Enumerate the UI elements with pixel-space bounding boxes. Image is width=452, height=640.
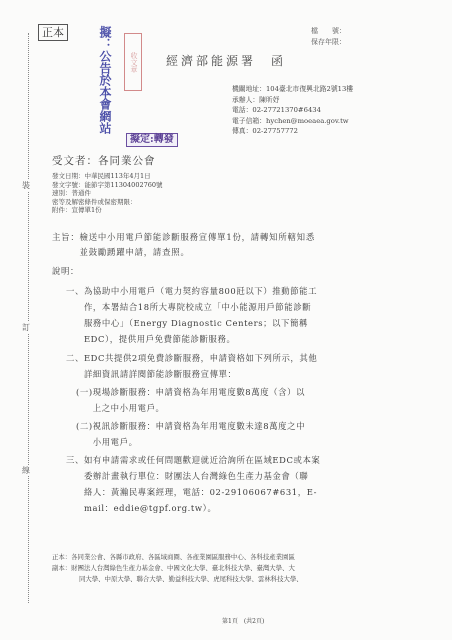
phone: 電話：02-27721370#6434 xyxy=(232,105,353,116)
explanation-item-2: 二、 EDC共提供2項免費診斷服務，申請資格如下列所示，其他 詳細資訊請詳閱節能… xyxy=(66,350,446,382)
delivery-speed: 速別：普通件 xyxy=(52,189,163,198)
sub-item-2-marker: (二) xyxy=(76,418,93,450)
margin-char-line: 線 xyxy=(22,465,30,476)
item-1-line: 為協助中小用電戶（電力契約容量800瓩以下）推動節能工 xyxy=(84,283,317,299)
item-1-line: EDC），提供用戶免費節能診斷服務。 xyxy=(84,331,317,347)
email: 電子信箱：hychen@moeaea.gov.tw xyxy=(232,116,353,127)
item-3-line: 如有申請需求或任何問題歡迎就近洽詢所在區域EDC或本案 xyxy=(84,452,320,468)
fax: 傳真：02-27757772 xyxy=(232,126,353,137)
document-meta: 發文日期：中華民國113年4月1日 發文字號：能節字第11304002760號 … xyxy=(52,172,163,215)
subject-block: 主旨： 檢送中小用電戶節能診斷服務宣傳單1份，請轉知所轄知悉 並鼓勵踴躍申請，請… xyxy=(52,230,432,259)
issue-date: 發文日期：中華民國113年4月1日 xyxy=(52,172,163,181)
sub-item-2-line: 小用電戶。 xyxy=(93,434,305,450)
attachment: 附件：宣傳單1份 xyxy=(52,206,163,215)
copy-recipients-2: 同大學、中原大學、聯合大學、勤益科技大學、虎尾科技大學、雲林科技大學、 xyxy=(52,574,412,585)
sub-item-1: (一) 現場診斷服務：申請資格為年用電度數8萬度（含）以 上之中小用電戶。 xyxy=(76,384,446,416)
distribution-list: 正本：各同業公會、各縣市政府、各區域商圈、各產業園區服務中心、各科技產業園區 副… xyxy=(52,552,412,585)
page-number: 第1頁 (共2頁) xyxy=(222,616,264,625)
item-2-line: 詳細資訊請詳閱節能診斷服務宣傳單： xyxy=(84,366,317,382)
item-1-marker: 一、 xyxy=(66,283,84,347)
sub-item-1-line: 現場診斷服務：申請資格為年用電度數8萬度（含）以 xyxy=(93,384,305,400)
recipient: 受文者：各同業公會 xyxy=(52,153,156,168)
subject-line-2: 並鼓勵踴躍申請，請查照。 xyxy=(80,245,316,260)
original-recipients: 正本：各同業公會、各縣市政府、各區域商圈、各產業園區服務中心、各科技產業園區 xyxy=(52,552,412,563)
original-copy-label: 正本 xyxy=(38,24,68,41)
explanation-item-3: 三、 如有申請需求或任何問題歡迎就近洽詢所在區域EDC或本案 委辦計畫執行單位：… xyxy=(66,452,446,516)
item-2-marker: 二、 xyxy=(66,350,84,382)
sub-item-1-marker: (一) xyxy=(76,384,93,416)
sub-item-2: (二) 視訊診斷服務：申請資格為年用電度數未達8萬度之中 小用電戶。 xyxy=(76,418,446,450)
copy-recipients-1: 副本：財團法人台灣綠色生產力基金會、中國文化大學、臺北科技大學、臺灣大學、大 xyxy=(52,563,412,574)
agency-address: 機關地址：104臺北市復興北路2號13樓 xyxy=(232,84,353,95)
subject-line-1: 檢送中小用電戶節能診斷服務宣傳單1份，請轉知所轄知悉 xyxy=(80,230,316,245)
margin-char-bind: 裝 xyxy=(22,180,30,191)
item-1-line: 服務中心」（Energy Diagnostic Centers；以下簡稱 xyxy=(84,315,317,331)
item-3-line: 委辦計畫執行單位：財團法人台灣綠色生產力基金會（聯 xyxy=(84,468,320,484)
item-1-line: 作，本署結合18所大專院校成立「中小能源用戶節能診斷 xyxy=(84,299,317,315)
item-3-line: mail：eddie@tgpf.org.tw）。 xyxy=(84,500,320,516)
explanation-item-1: 一、 為協助中小用電戶（電力契約容量800瓩以下）推動節能工 作，本署結合18所… xyxy=(66,283,446,347)
subject-label: 主旨： xyxy=(52,230,80,259)
handwritten-annotation: 擬：公告於本會網站 xyxy=(97,26,111,134)
item-3-marker: 三、 xyxy=(66,452,84,516)
agency-title: 經濟部能源署 函 xyxy=(166,52,286,69)
sub-item-2-line: 視訊診斷服務：申請資格為年用電度數未達8萬度之中 xyxy=(93,418,305,434)
explanation-label: 說明： xyxy=(52,263,79,279)
contact-block: 機關地址：104臺北市復興北路2號13樓 承辦人：陳昕妤 電話：02-27721… xyxy=(232,84,353,137)
item-3-line: 絡人：黃瀚民專案經理，電話：02-29106067#631，E- xyxy=(84,484,320,500)
file-number-label: 檔 號： xyxy=(311,26,346,37)
margin-char-staple: 訂 xyxy=(22,322,30,333)
document-number: 發文字號：能節字第11304002760號 xyxy=(52,181,163,190)
retention-label: 保存年限： xyxy=(311,37,346,48)
approval-stamp: 擬定:轉發 xyxy=(126,133,178,147)
item-2-line: EDC共提供2項免費診斷服務，申請資格如下列所示，其他 xyxy=(84,350,317,366)
officer: 承辦人：陳昕妤 xyxy=(232,95,353,106)
received-stamp: 收文章 xyxy=(124,33,142,91)
binding-line xyxy=(28,33,29,603)
filing-info: 檔 號： 保存年限： xyxy=(311,26,346,48)
sub-item-1-line: 上之中小用電戶。 xyxy=(93,400,305,416)
